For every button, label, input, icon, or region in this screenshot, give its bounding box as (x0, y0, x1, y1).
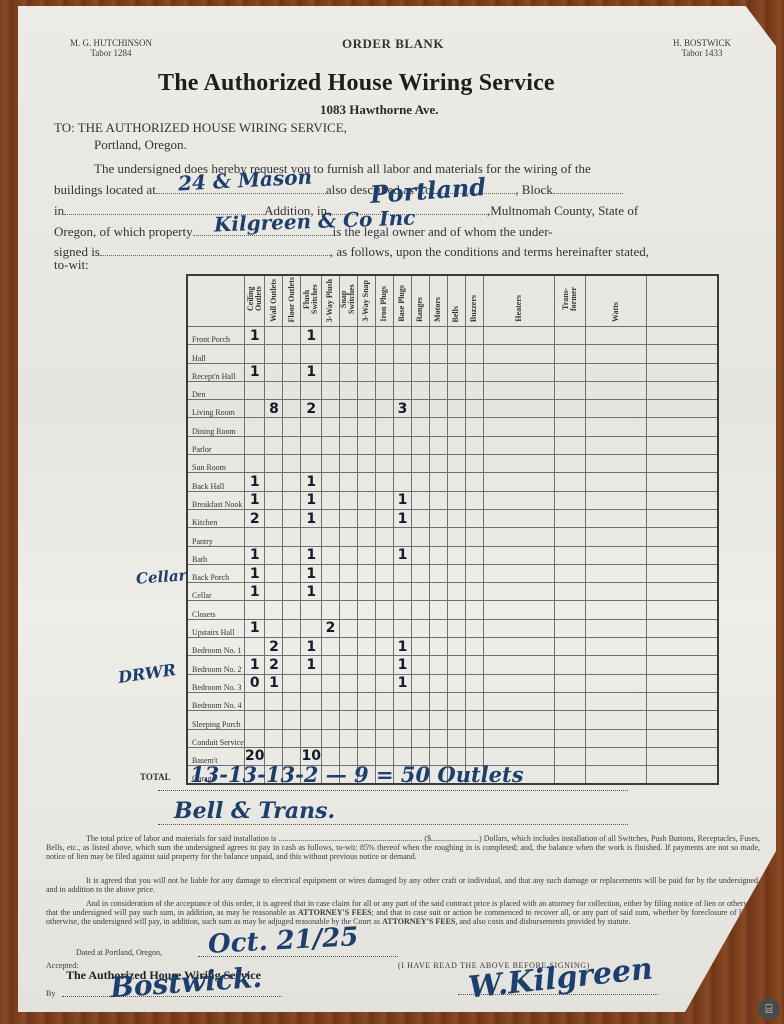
table-cell[interactable] (429, 509, 447, 527)
table-cell[interactable] (429, 528, 447, 546)
table-cell[interactable] (265, 528, 283, 546)
table-cell[interactable] (447, 546, 465, 564)
table-cell[interactable]: 1 (245, 583, 265, 601)
table-cell[interactable] (375, 509, 393, 527)
table-cell[interactable] (646, 418, 718, 436)
table-cell[interactable] (301, 528, 321, 546)
table-cell[interactable] (245, 436, 265, 454)
table-cell[interactable] (554, 345, 585, 363)
table-cell[interactable] (411, 509, 429, 527)
table-cell[interactable] (429, 656, 447, 674)
table-cell[interactable] (411, 418, 429, 436)
table-cell[interactable]: 1 (245, 656, 265, 674)
table-cell[interactable] (339, 509, 357, 527)
table-cell[interactable] (321, 363, 339, 381)
table-cell[interactable] (585, 564, 646, 582)
table-cell[interactable]: 1 (301, 327, 321, 345)
table-cell[interactable] (375, 418, 393, 436)
table-cell[interactable] (411, 674, 429, 692)
table-cell[interactable]: 2 (321, 619, 339, 637)
table-cell[interactable] (301, 455, 321, 473)
table-cell[interactable] (585, 455, 646, 473)
table-cell[interactable] (646, 766, 718, 784)
table-cell[interactable] (393, 381, 411, 399)
table-cell[interactable] (321, 327, 339, 345)
table-cell[interactable] (483, 436, 554, 454)
table-cell[interactable] (375, 436, 393, 454)
table-cell[interactable] (465, 509, 483, 527)
table-cell[interactable] (447, 729, 465, 747)
scan-text-icon[interactable]: ⌸ (758, 998, 780, 1020)
table-cell[interactable] (483, 327, 554, 345)
table-cell[interactable] (429, 638, 447, 656)
table-cell[interactable] (245, 455, 265, 473)
table-cell[interactable] (321, 455, 339, 473)
table-cell[interactable] (301, 345, 321, 363)
table-cell[interactable] (429, 436, 447, 454)
table-cell[interactable] (646, 674, 718, 692)
table-cell[interactable] (301, 692, 321, 710)
table-cell[interactable] (339, 327, 357, 345)
table-cell[interactable] (554, 674, 585, 692)
table-cell[interactable] (465, 345, 483, 363)
table-cell[interactable] (483, 692, 554, 710)
table-cell[interactable] (554, 638, 585, 656)
table-cell[interactable] (265, 345, 283, 363)
table-cell[interactable] (554, 381, 585, 399)
table-cell[interactable] (283, 473, 301, 491)
table-cell[interactable] (321, 546, 339, 564)
table-cell[interactable] (265, 711, 283, 729)
table-cell[interactable] (411, 583, 429, 601)
table-cell[interactable] (646, 711, 718, 729)
table-cell[interactable] (554, 656, 585, 674)
table-cell[interactable] (339, 638, 357, 656)
table-cell[interactable] (429, 327, 447, 345)
table-cell[interactable] (646, 436, 718, 454)
table-cell[interactable] (265, 729, 283, 747)
table-cell[interactable] (265, 546, 283, 564)
table-cell[interactable] (357, 400, 375, 418)
table-cell[interactable] (411, 473, 429, 491)
table-cell[interactable] (283, 674, 301, 692)
table-cell[interactable] (357, 509, 375, 527)
table-cell[interactable] (265, 692, 283, 710)
table-cell[interactable] (465, 381, 483, 399)
table-cell[interactable] (646, 747, 718, 765)
table-cell[interactable]: 1 (301, 491, 321, 509)
table-cell[interactable] (465, 729, 483, 747)
table-cell[interactable] (357, 363, 375, 381)
table-cell[interactable] (447, 638, 465, 656)
table-cell[interactable] (585, 638, 646, 656)
table-cell[interactable] (283, 619, 301, 637)
table-cell[interactable] (357, 455, 375, 473)
table-cell[interactable] (429, 729, 447, 747)
table-cell[interactable] (429, 345, 447, 363)
table-cell[interactable] (339, 601, 357, 619)
table-cell[interactable] (585, 656, 646, 674)
table-cell[interactable] (429, 674, 447, 692)
table-cell[interactable] (429, 455, 447, 473)
table-cell[interactable]: 1 (393, 546, 411, 564)
table-cell[interactable] (357, 418, 375, 436)
table-cell[interactable] (411, 363, 429, 381)
table-cell[interactable] (265, 509, 283, 527)
table-cell[interactable]: 1 (245, 546, 265, 564)
table-cell[interactable] (375, 638, 393, 656)
table-cell[interactable] (483, 363, 554, 381)
table-cell[interactable] (429, 381, 447, 399)
table-cell[interactable] (393, 528, 411, 546)
table-cell[interactable] (465, 455, 483, 473)
table-cell[interactable] (585, 546, 646, 564)
table-cell[interactable] (411, 729, 429, 747)
table-cell[interactable] (321, 509, 339, 527)
table-cell[interactable] (339, 711, 357, 729)
table-cell[interactable] (265, 473, 283, 491)
table-cell[interactable] (646, 564, 718, 582)
table-cell[interactable]: 2 (265, 656, 283, 674)
table-cell[interactable] (447, 381, 465, 399)
table-cell[interactable] (465, 546, 483, 564)
table-cell[interactable] (393, 564, 411, 582)
table-cell[interactable] (646, 455, 718, 473)
table-cell[interactable]: 1 (393, 638, 411, 656)
table-cell[interactable] (357, 327, 375, 345)
table-cell[interactable] (465, 564, 483, 582)
table-cell[interactable] (465, 583, 483, 601)
block-field[interactable] (553, 183, 623, 194)
table-cell[interactable] (357, 345, 375, 363)
table-cell[interactable] (585, 674, 646, 692)
table-cell[interactable] (321, 692, 339, 710)
table-cell[interactable] (554, 747, 585, 765)
table-cell[interactable] (245, 638, 265, 656)
table-cell[interactable] (483, 455, 554, 473)
table-cell[interactable] (265, 327, 283, 345)
table-cell[interactable]: 1 (301, 546, 321, 564)
table-cell[interactable] (393, 729, 411, 747)
table-cell[interactable] (465, 656, 483, 674)
table-cell[interactable] (554, 583, 585, 601)
table-cell[interactable] (411, 601, 429, 619)
table-cell[interactable] (411, 400, 429, 418)
table-cell[interactable] (465, 473, 483, 491)
table-cell[interactable] (375, 674, 393, 692)
table-cell[interactable] (321, 674, 339, 692)
table-cell[interactable] (283, 546, 301, 564)
table-cell[interactable]: 2 (265, 638, 283, 656)
table-cell[interactable] (483, 400, 554, 418)
table-cell[interactable] (357, 473, 375, 491)
table-cell[interactable]: 1 (301, 638, 321, 656)
table-cell[interactable] (339, 619, 357, 637)
table-cell[interactable] (429, 692, 447, 710)
table-cell[interactable] (411, 564, 429, 582)
table-cell[interactable] (411, 619, 429, 637)
table-cell[interactable] (339, 546, 357, 564)
table-cell[interactable] (646, 473, 718, 491)
table-cell[interactable]: 8 (265, 400, 283, 418)
table-cell[interactable] (483, 381, 554, 399)
table-cell[interactable] (283, 455, 301, 473)
table-cell[interactable] (339, 455, 357, 473)
table-cell[interactable] (447, 509, 465, 527)
table-cell[interactable] (646, 400, 718, 418)
table-cell[interactable] (465, 418, 483, 436)
table-cell[interactable] (554, 711, 585, 729)
table-cell[interactable] (465, 711, 483, 729)
table-cell[interactable] (283, 363, 301, 381)
table-cell[interactable]: 1 (301, 473, 321, 491)
table-cell[interactable] (339, 363, 357, 381)
table-cell[interactable] (411, 711, 429, 729)
signed-is-field[interactable] (100, 245, 330, 256)
table-cell[interactable] (301, 601, 321, 619)
table-cell[interactable] (265, 619, 283, 637)
table-cell[interactable]: 1 (393, 656, 411, 674)
table-cell[interactable] (357, 528, 375, 546)
table-cell[interactable] (554, 619, 585, 637)
table-cell[interactable] (245, 381, 265, 399)
table-cell[interactable] (283, 656, 301, 674)
table-cell[interactable] (447, 418, 465, 436)
table-cell[interactable] (554, 455, 585, 473)
table-cell[interactable]: 1 (393, 509, 411, 527)
table-cell[interactable] (554, 418, 585, 436)
table-cell[interactable] (283, 729, 301, 747)
table-cell[interactable] (465, 692, 483, 710)
table-cell[interactable] (447, 656, 465, 674)
table-cell[interactable] (321, 418, 339, 436)
table-cell[interactable] (321, 564, 339, 582)
table-cell[interactable]: 1 (393, 674, 411, 692)
table-cell[interactable] (375, 564, 393, 582)
table-cell[interactable]: 2 (301, 400, 321, 418)
table-cell[interactable] (646, 546, 718, 564)
table-cell[interactable] (265, 583, 283, 601)
table-cell[interactable] (429, 601, 447, 619)
table-cell[interactable] (283, 528, 301, 546)
table-cell[interactable] (375, 455, 393, 473)
table-cell[interactable] (321, 528, 339, 546)
table-cell[interactable] (483, 345, 554, 363)
table-cell[interactable] (245, 418, 265, 436)
table-cell[interactable] (375, 381, 393, 399)
table-cell[interactable] (447, 619, 465, 637)
table-cell[interactable] (483, 564, 554, 582)
table-cell[interactable] (585, 528, 646, 546)
table-cell[interactable] (646, 363, 718, 381)
table-cell[interactable] (339, 418, 357, 436)
table-cell[interactable] (321, 436, 339, 454)
table-cell[interactable] (375, 345, 393, 363)
table-cell[interactable] (339, 400, 357, 418)
table-cell[interactable]: 1 (245, 491, 265, 509)
table-cell[interactable] (465, 619, 483, 637)
table-cell[interactable] (393, 418, 411, 436)
table-cell[interactable] (283, 345, 301, 363)
table-cell[interactable] (646, 491, 718, 509)
table-cell[interactable] (447, 327, 465, 345)
table-cell[interactable] (483, 509, 554, 527)
table-cell[interactable] (483, 491, 554, 509)
table-cell[interactable] (411, 455, 429, 473)
table-cell[interactable] (447, 528, 465, 546)
table-cell[interactable] (447, 363, 465, 381)
table-cell[interactable] (646, 327, 718, 345)
table-cell[interactable] (357, 381, 375, 399)
table-cell[interactable] (321, 400, 339, 418)
table-cell[interactable] (483, 583, 554, 601)
table-cell[interactable] (321, 711, 339, 729)
table-cell[interactable] (301, 711, 321, 729)
table-cell[interactable] (447, 455, 465, 473)
table-cell[interactable] (554, 400, 585, 418)
table-cell[interactable]: 1 (245, 619, 265, 637)
table-cell[interactable] (585, 400, 646, 418)
table-cell[interactable] (245, 601, 265, 619)
table-cell[interactable] (393, 619, 411, 637)
table-cell[interactable] (483, 473, 554, 491)
table-cell[interactable] (393, 345, 411, 363)
table-cell[interactable] (429, 711, 447, 729)
table-cell[interactable] (585, 747, 646, 765)
table-cell[interactable] (265, 381, 283, 399)
table-cell[interactable] (393, 711, 411, 729)
table-cell[interactable]: 1 (301, 564, 321, 582)
table-cell[interactable] (283, 638, 301, 656)
table-cell[interactable] (483, 601, 554, 619)
table-cell[interactable] (585, 363, 646, 381)
table-cell[interactable] (554, 564, 585, 582)
table-cell[interactable] (245, 692, 265, 710)
table-cell[interactable] (321, 656, 339, 674)
table-cell[interactable] (393, 455, 411, 473)
table-cell[interactable] (483, 674, 554, 692)
table-cell[interactable] (245, 711, 265, 729)
table-cell[interactable] (429, 363, 447, 381)
table-cell[interactable] (411, 692, 429, 710)
table-cell[interactable] (465, 491, 483, 509)
table-cell[interactable] (375, 729, 393, 747)
table-cell[interactable] (483, 711, 554, 729)
table-cell[interactable] (375, 583, 393, 601)
table-cell[interactable] (447, 400, 465, 418)
table-cell[interactable] (301, 418, 321, 436)
table-cell[interactable] (585, 729, 646, 747)
table-cell[interactable] (339, 381, 357, 399)
table-cell[interactable] (465, 674, 483, 692)
table-cell[interactable] (465, 528, 483, 546)
table-cell[interactable] (283, 583, 301, 601)
table-cell[interactable] (554, 528, 585, 546)
table-cell[interactable] (301, 729, 321, 747)
table-cell[interactable] (245, 400, 265, 418)
table-cell[interactable] (301, 674, 321, 692)
table-cell[interactable] (447, 491, 465, 509)
table-cell[interactable] (357, 583, 375, 601)
table-cell[interactable] (646, 601, 718, 619)
table-cell[interactable] (265, 436, 283, 454)
table-cell[interactable] (411, 436, 429, 454)
table-cell[interactable] (283, 711, 301, 729)
table-cell[interactable] (585, 491, 646, 509)
table-cell[interactable] (339, 528, 357, 546)
table-cell[interactable] (646, 729, 718, 747)
table-cell[interactable] (339, 729, 357, 747)
table-cell[interactable] (393, 601, 411, 619)
table-cell[interactable] (321, 638, 339, 656)
table-cell[interactable] (283, 436, 301, 454)
table-cell[interactable] (339, 674, 357, 692)
table-cell[interactable] (357, 491, 375, 509)
table-cell[interactable] (321, 491, 339, 509)
table-cell[interactable] (554, 766, 585, 784)
table-cell[interactable] (646, 692, 718, 710)
table-cell[interactable] (321, 583, 339, 601)
table-cell[interactable] (411, 381, 429, 399)
table-cell[interactable] (429, 564, 447, 582)
table-cell[interactable] (554, 491, 585, 509)
table-cell[interactable] (283, 692, 301, 710)
table-cell[interactable] (393, 436, 411, 454)
table-cell[interactable] (357, 711, 375, 729)
table-cell[interactable] (465, 436, 483, 454)
table-cell[interactable] (411, 491, 429, 509)
table-cell[interactable] (339, 692, 357, 710)
table-cell[interactable] (339, 436, 357, 454)
table-cell[interactable] (646, 509, 718, 527)
table-cell[interactable] (646, 381, 718, 399)
table-cell[interactable] (554, 546, 585, 564)
table-cell[interactable] (301, 381, 321, 399)
table-cell[interactable] (447, 674, 465, 692)
table-cell[interactable]: 1 (393, 491, 411, 509)
table-cell[interactable] (554, 729, 585, 747)
table-cell[interactable] (321, 729, 339, 747)
table-cell[interactable] (301, 436, 321, 454)
table-cell[interactable] (465, 327, 483, 345)
table-cell[interactable]: 1 (245, 363, 265, 381)
table-cell[interactable] (375, 546, 393, 564)
table-cell[interactable] (585, 345, 646, 363)
table-cell[interactable] (447, 436, 465, 454)
table-cell[interactable] (429, 583, 447, 601)
table-cell[interactable] (585, 381, 646, 399)
table-cell[interactable] (283, 509, 301, 527)
table-cell[interactable] (283, 327, 301, 345)
table-cell[interactable] (283, 418, 301, 436)
table-cell[interactable] (646, 345, 718, 363)
table-cell[interactable] (411, 546, 429, 564)
table-cell[interactable] (585, 619, 646, 637)
table-cell[interactable] (321, 601, 339, 619)
table-cell[interactable] (265, 491, 283, 509)
table-cell[interactable]: 1 (301, 656, 321, 674)
table-cell[interactable] (465, 638, 483, 656)
table-cell[interactable] (357, 638, 375, 656)
table-cell[interactable] (429, 400, 447, 418)
table-cell[interactable] (554, 473, 585, 491)
table-cell[interactable] (411, 656, 429, 674)
table-cell[interactable] (585, 692, 646, 710)
table-cell[interactable] (483, 729, 554, 747)
table-cell[interactable] (245, 345, 265, 363)
table-cell[interactable] (483, 638, 554, 656)
table-cell[interactable] (411, 327, 429, 345)
